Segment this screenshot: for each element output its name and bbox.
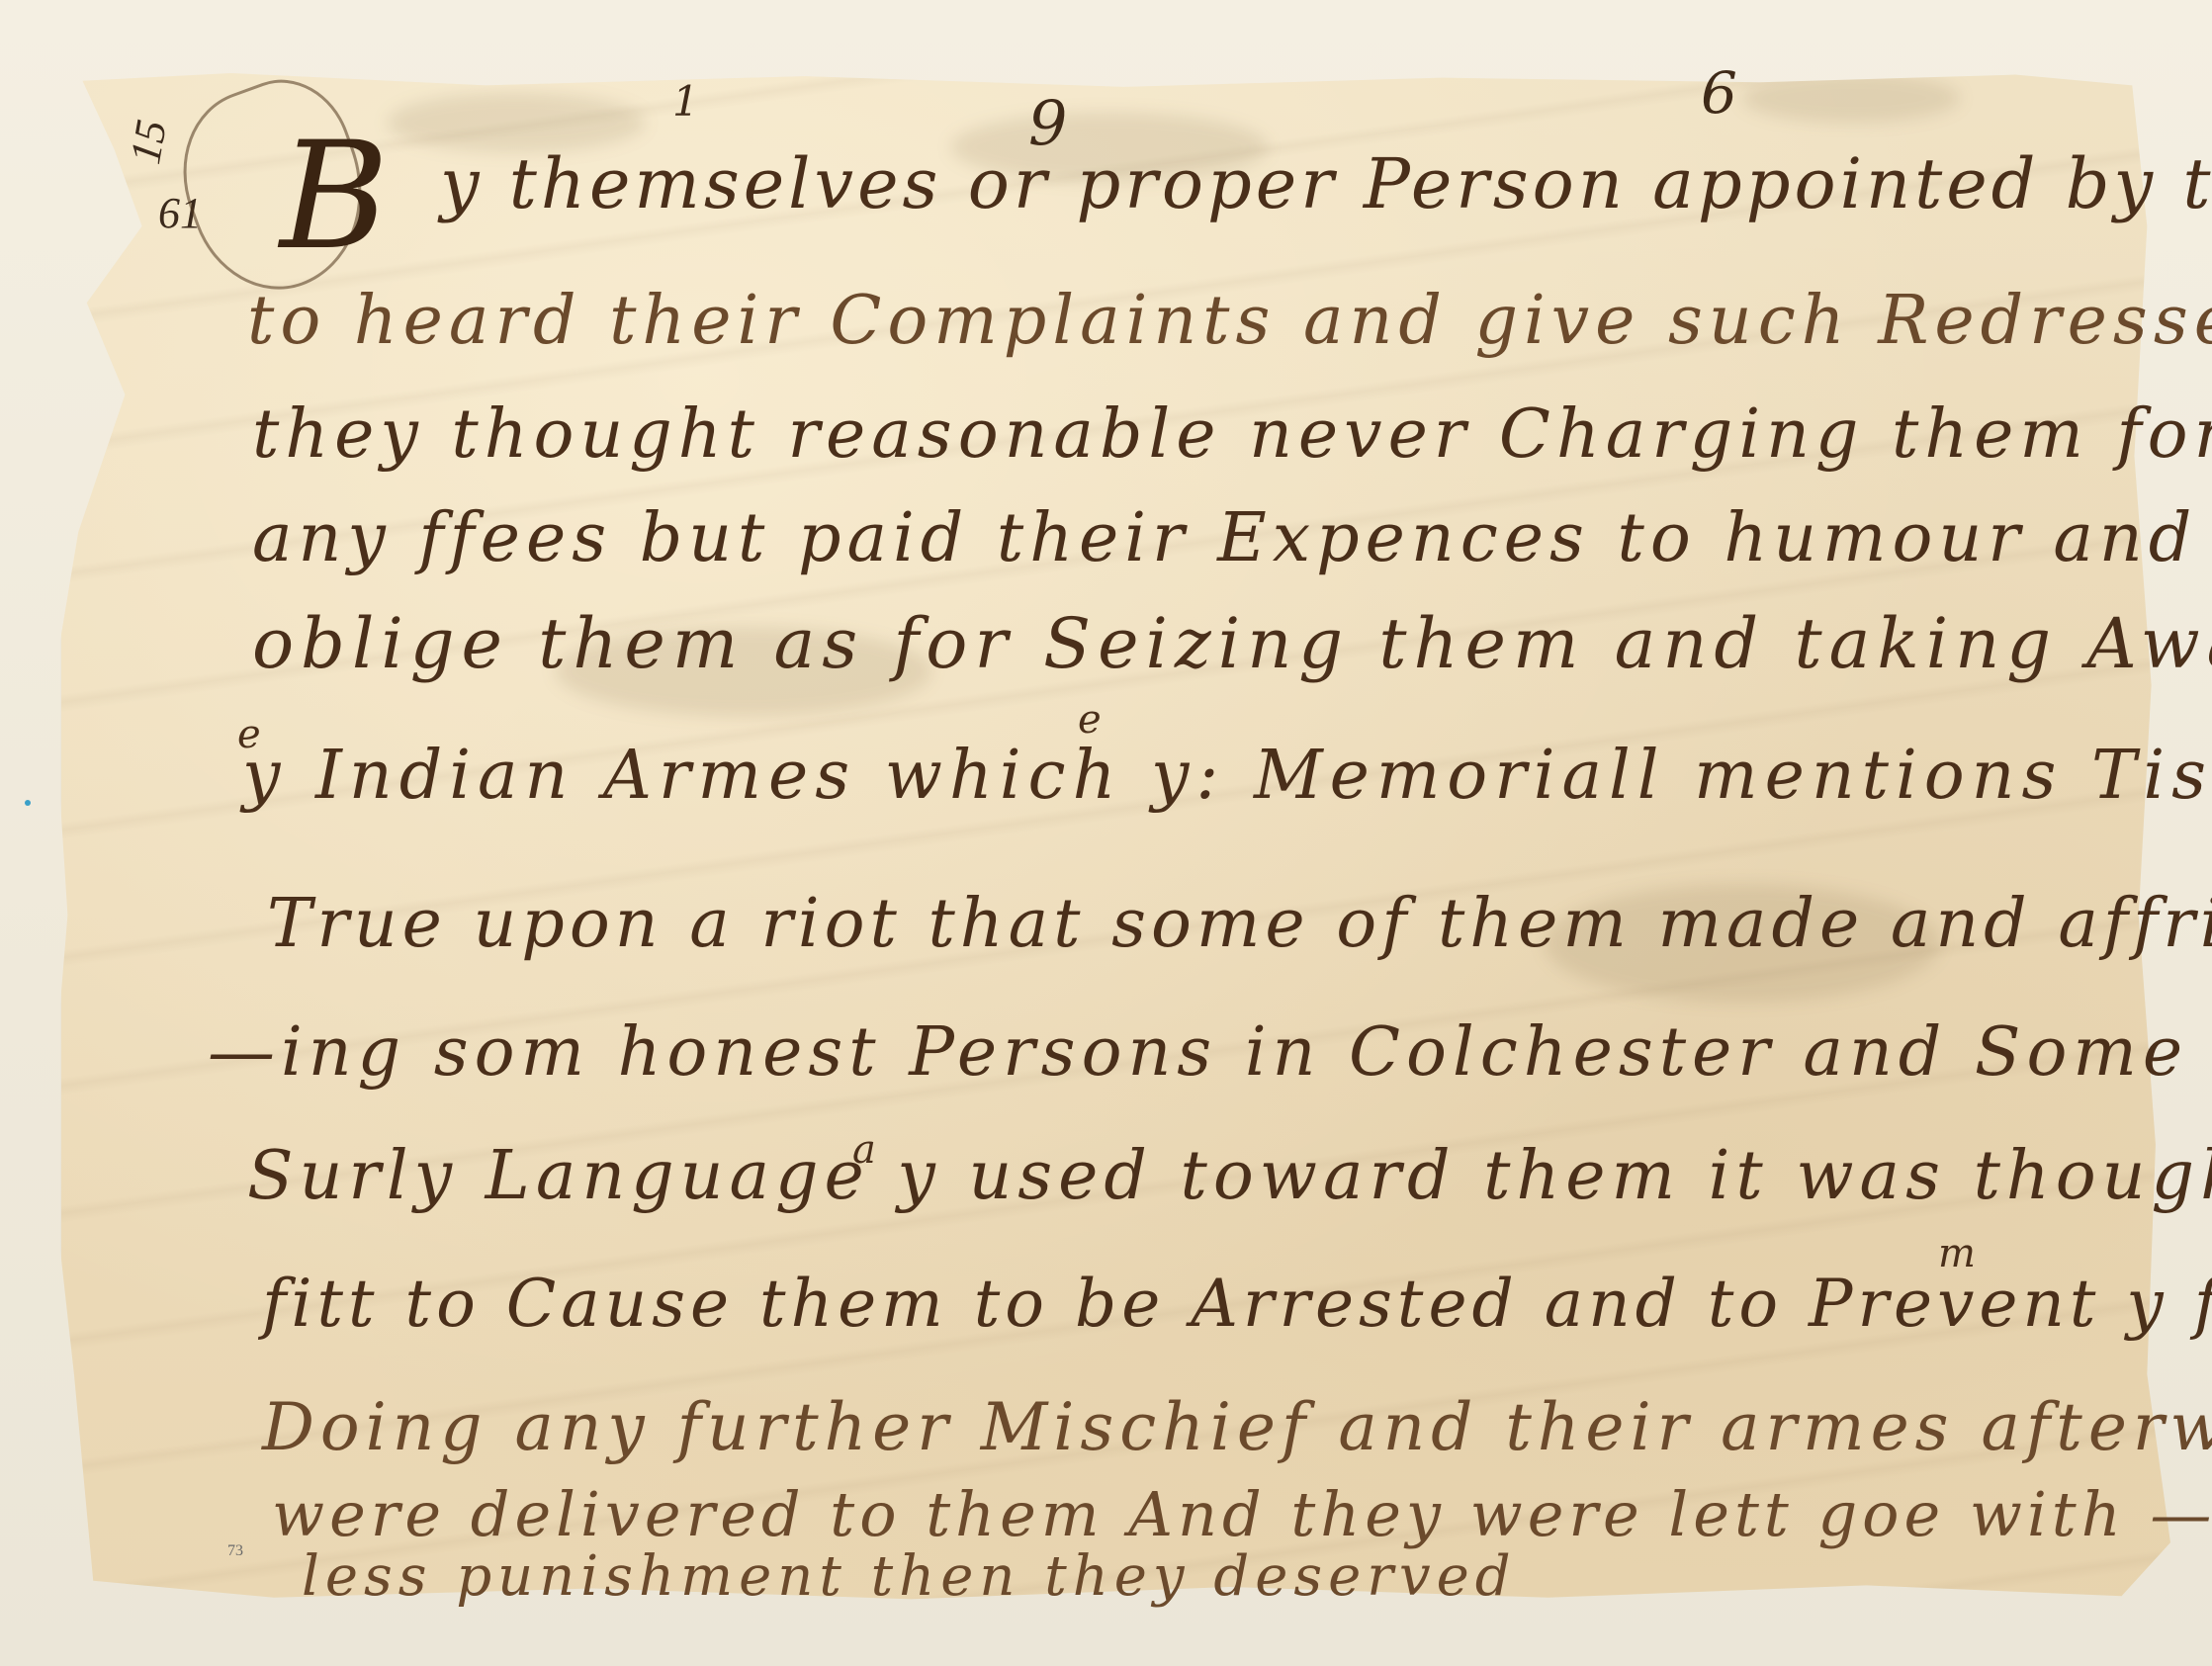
- manuscript-line-10: fitt to Cause them to be Arrested and to…: [262, 1266, 2212, 1342]
- drop-cap: B: [280, 111, 389, 283]
- top-mark: 6: [1701, 59, 1737, 127]
- manuscript-line-11: Doing any further Mischief and their arm…: [262, 1389, 2212, 1465]
- archive-number: 73: [227, 1542, 243, 1560]
- top-mark: 1: [672, 77, 699, 126]
- manuscript-line-13: less punishment then they deserved: [302, 1544, 1517, 1609]
- mount-blemish: [25, 800, 31, 806]
- margin-number-rotated: 15: [120, 116, 177, 167]
- manuscript-line-3: they thought reasonable never Charging t…: [252, 395, 2212, 474]
- manuscript-line-2: to heard their Complaints and give such …: [247, 282, 2212, 360]
- manuscript-line-7: True upon a riot that some of them made …: [267, 885, 2212, 963]
- manuscript-line-12: were delivered to them And they were let…: [272, 1478, 2212, 1550]
- manuscript-line-8: —ing som honest Persons in Colchester an…: [208, 1013, 2212, 1092]
- superscript-e: e: [1078, 697, 1102, 743]
- manuscript-line-4: any ffees but paid their Expences to hum…: [252, 499, 2212, 577]
- manuscript-line-1: y themselves or proper Person appointed …: [440, 143, 2212, 224]
- manuscript-line-6: y Indian Armes which y: Memoriall mentio…: [242, 737, 2212, 815]
- manuscript-line-5: oblige them as for Seizing them and taki…: [252, 603, 2212, 684]
- manuscript-line-9: Surly Language y used toward them it was…: [247, 1137, 2212, 1215]
